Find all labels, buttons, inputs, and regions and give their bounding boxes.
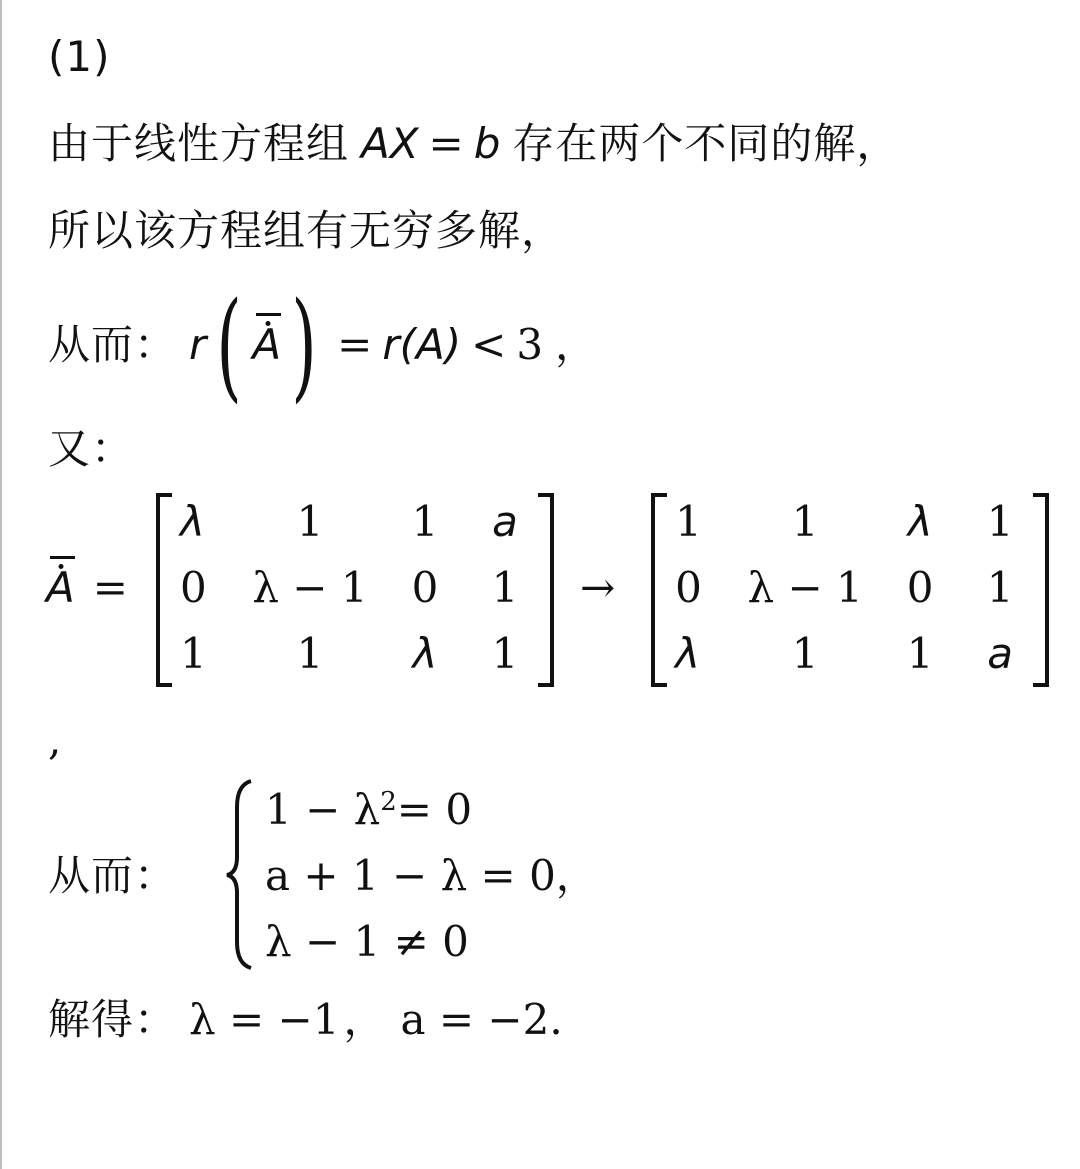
m2-r1c3: 1 — [965, 555, 1035, 621]
m1-r1c3: 1 — [470, 555, 540, 621]
matrix-transformed: 1 1 λ 1 0 λ − 1 0 1 λ 1 1 a — [651, 489, 1049, 687]
statement-line-2: 所以该方程组有无穷多解， — [48, 207, 564, 255]
eq1-rhs: = 0 — [397, 786, 472, 834]
equation-1: 1 − λ2 = 0 — [265, 777, 599, 843]
result-line: 解得： λ = −1 ， a = −2. — [48, 996, 563, 1044]
system-prefix: 从而： — [48, 852, 177, 900]
m1-r0c0: λ — [170, 489, 240, 555]
line1-text-after: 存在两个不同的解， — [512, 120, 899, 168]
lhs-letter: A — [46, 563, 75, 612]
line3-prefix: 从而： — [48, 321, 177, 369]
eq2-text: a + 1 − λ = 0 — [265, 852, 556, 900]
equation-2: a + 1 − λ = 0 ， — [265, 843, 599, 909]
system-line: 从而： 1 − λ2 = 0 a + 1 − λ = 0 ， λ − 1 ≠ 0 — [48, 778, 599, 973]
math-A: A — [361, 120, 390, 168]
m1-r0c1: 1 — [240, 489, 380, 555]
comma-text: , — [48, 716, 61, 764]
comma: ， — [555, 321, 598, 369]
m1-r2c1: 1 — [240, 621, 380, 687]
matrix-eq: = — [93, 564, 128, 612]
m2-r1c0: 0 — [665, 555, 735, 621]
part-label-text: (1) — [48, 33, 111, 81]
m1-r1c1: λ − 1 — [240, 555, 380, 621]
m1-r0c3: a — [470, 489, 540, 555]
also-line: 又： — [48, 425, 134, 473]
matrix-original: λ 1 1 a 0 λ − 1 0 1 1 1 λ 1 — [156, 489, 554, 687]
also-text: 又： — [48, 425, 134, 473]
a-result: a = −2. — [400, 996, 562, 1044]
comma-line: , — [48, 716, 61, 764]
part-label: (1) — [48, 33, 111, 81]
right-paren: ) — [291, 295, 316, 395]
left-brace-icon — [225, 777, 255, 972]
matrix-line: A = λ 1 1 a 0 λ − 1 0 1 1 1 λ 1 → 1 1 λ … — [46, 496, 1049, 680]
augmented-A: A — [252, 321, 281, 369]
m2-r0c1: 1 — [735, 489, 875, 555]
eq3-text: λ − 1 ≠ 0 — [265, 918, 469, 966]
m1-r2c3: 1 — [470, 621, 540, 687]
m2-r1c2: 0 — [875, 555, 965, 621]
m2-r0c0: 1 — [665, 489, 735, 555]
lambda-result: λ = −1 — [189, 996, 339, 1044]
math-X: X — [390, 120, 419, 168]
augmented-A-lhs: A — [46, 564, 75, 612]
rank-line: 从而： r ( A ) = r(A) < 3 ， — [48, 290, 598, 400]
eq2-trailing-comma: ， — [556, 852, 599, 900]
equation-system: 1 − λ2 = 0 a + 1 − λ = 0 ， λ − 1 ≠ 0 — [225, 777, 599, 975]
m2-r0c2: λ — [875, 489, 965, 555]
eq1-sup: 2 — [380, 778, 397, 826]
math-b: b — [474, 120, 501, 168]
less-than: < — [471, 321, 506, 369]
line1-text-before: 由于线性方程组 — [48, 120, 349, 168]
eq-sign: = — [337, 321, 372, 369]
m1-r2c0: 1 — [170, 621, 240, 687]
line2-text: 所以该方程组有无穷多解， — [48, 207, 564, 255]
m2-r2c0: λ — [665, 621, 735, 687]
m2-r1c1: λ − 1 — [735, 555, 875, 621]
row-transform-arrow: → — [580, 564, 615, 612]
m2-r0c3: 1 — [965, 489, 1035, 555]
math-eq: = — [429, 120, 464, 168]
augmented-A-letter: A — [252, 320, 281, 369]
m2-r2c1: 1 — [735, 621, 875, 687]
m1-r1c0: 0 — [170, 555, 240, 621]
result-sep: ， — [343, 996, 386, 1044]
result-prefix: 解得： — [48, 996, 177, 1044]
rank-r: r — [189, 321, 206, 369]
equation-3: λ − 1 ≠ 0 — [265, 909, 599, 975]
m2-r2c2: 1 — [875, 621, 965, 687]
m1-r1c2: 0 — [380, 555, 470, 621]
left-paren: ( — [217, 295, 242, 395]
m2-r2c3: a — [965, 621, 1035, 687]
statement-line-1: 由于线性方程组 A X = b 存在两个不同的解， — [48, 120, 899, 168]
eq1-lhs: 1 − λ — [265, 786, 380, 834]
m1-r0c2: 1 — [380, 489, 470, 555]
left-border — [0, 0, 2, 1169]
three: 3 — [516, 321, 543, 369]
rank-A: r(A) — [382, 321, 461, 369]
m1-r2c2: λ — [380, 621, 470, 687]
